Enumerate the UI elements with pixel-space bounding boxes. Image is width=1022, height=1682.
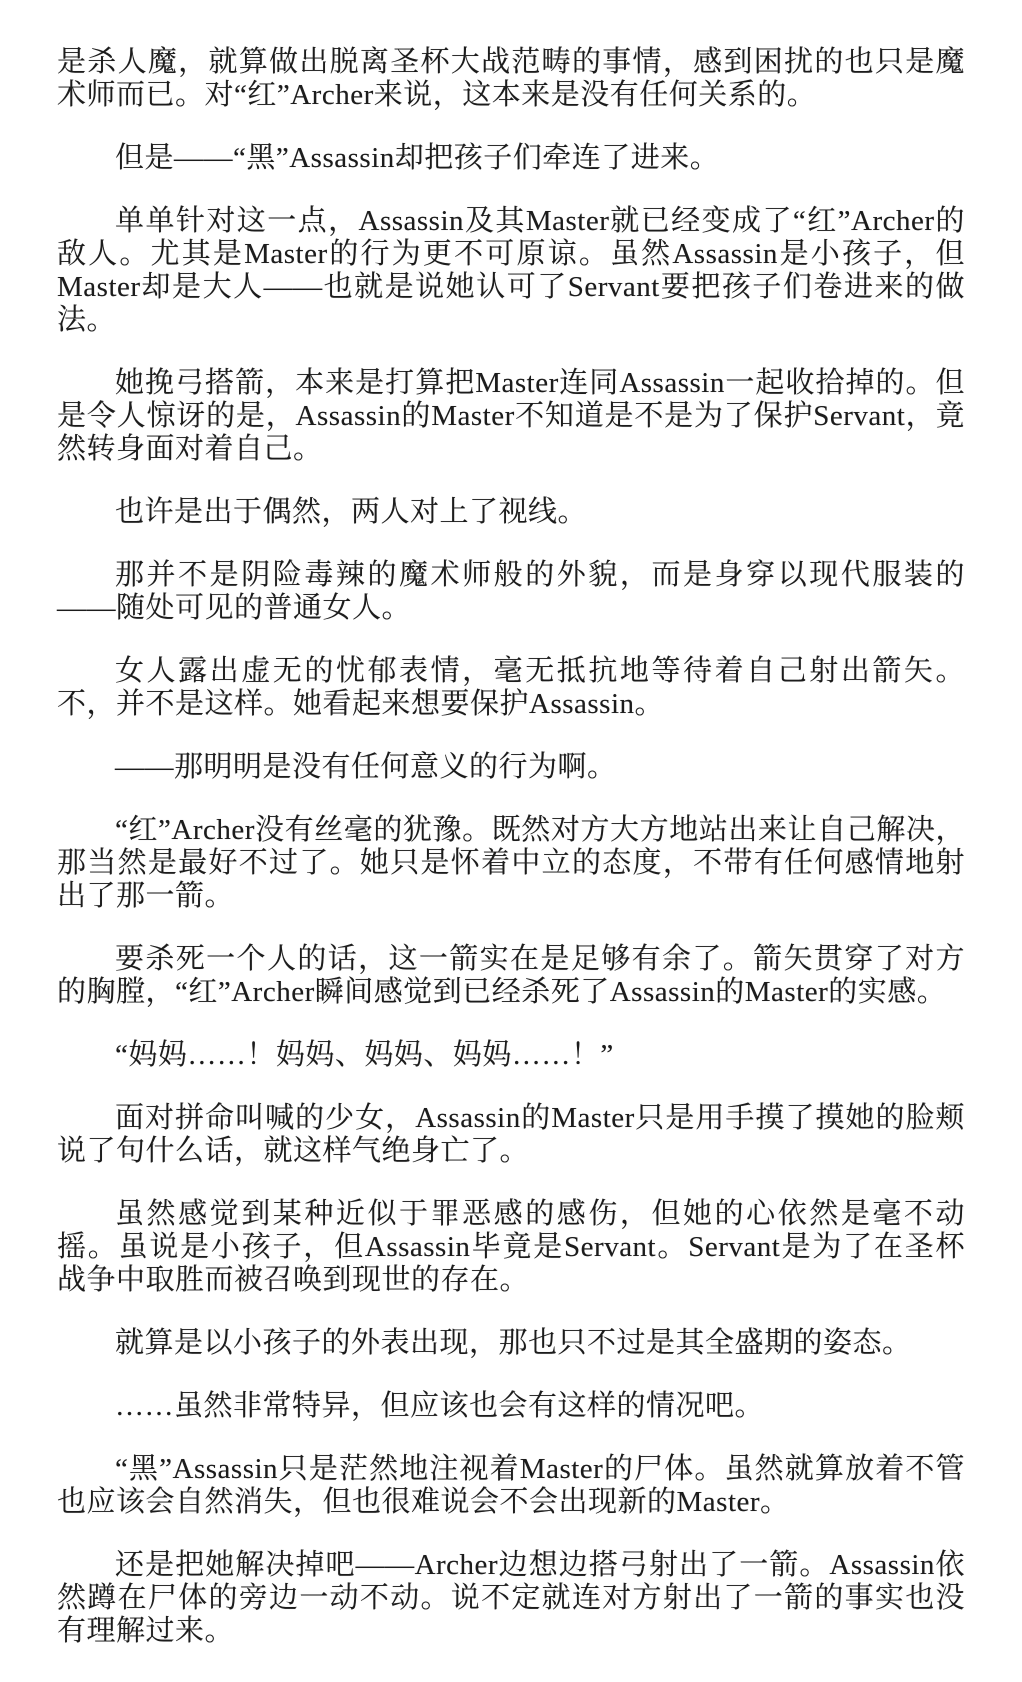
paragraph: “妈妈……！妈妈、妈妈、妈妈……！”: [57, 1039, 965, 1072]
paragraph: 虽然感觉到某种近似于罪恶感的感伤，但她的心依然是毫不动摇。虽说是小孩子，但Ass…: [57, 1198, 965, 1297]
paragraph: 她挽弓搭箭，本来是打算把Master连同Assassin一起收拾掉的。但是令人惊…: [57, 367, 965, 466]
paragraph: 单单针对这一点，Assassin及其Master就已经变成了“红”Archer的…: [57, 205, 965, 337]
paragraph: 还是把她解决掉吧——Archer边想边搭弓射出了一箭。Assassin依然蹲在尸…: [57, 1549, 965, 1648]
paragraph: ——那明明是没有任何意义的行为啊。: [57, 751, 965, 784]
paragraph: 是杀人魔，就算做出脱离圣杯大战范畴的事情，感到困扰的也只是魔术师而已。对“红”A…: [57, 46, 965, 112]
novel-page: 是杀人魔，就算做出脱离圣杯大战范畴的事情，感到困扰的也只是魔术师而已。对“红”A…: [0, 0, 1022, 1682]
paragraph: 那并不是阴险毒辣的魔术师般的外貌，而是身穿以现代服装的——随处可见的普通女人。: [57, 559, 965, 625]
paragraph: 女人露出虚无的忧郁表情，毫无抵抗地等待着自己射出箭矢。不，并不是这样。她看起来想…: [57, 655, 965, 721]
paragraph: 要杀死一个人的话，这一箭实在是足够有余了。箭矢贯穿了对方的胸膛，“红”Arche…: [57, 943, 965, 1009]
text-body: 是杀人魔，就算做出脱离圣杯大战范畴的事情，感到困扰的也只是魔术师而已。对“红”A…: [57, 46, 965, 1648]
paragraph: 但是——“黑”Assassin却把孩子们牵连了进来。: [57, 142, 965, 175]
paragraph: 也许是出于偶然，两人对上了视线。: [57, 496, 965, 529]
paragraph: “黑”Assassin只是茫然地注视着Master的尸体。虽然就算放着不管也应该…: [57, 1453, 965, 1519]
paragraph: ……虽然非常特异，但应该也会有这样的情况吧。: [57, 1390, 965, 1423]
paragraph: “红”Archer没有丝毫的犹豫。既然对方大方地站出来让自己解决，那当然是最好不…: [57, 814, 965, 913]
paragraph: 就算是以小孩子的外表出现，那也只不过是其全盛期的姿态。: [57, 1327, 965, 1360]
page-background: { "document": { "type": "novel-text-page…: [0, 0, 1022, 1682]
paragraph: 面对拼命叫喊的少女，Assassin的Master只是用手摸了摸她的脸颊说了句什…: [57, 1102, 965, 1168]
